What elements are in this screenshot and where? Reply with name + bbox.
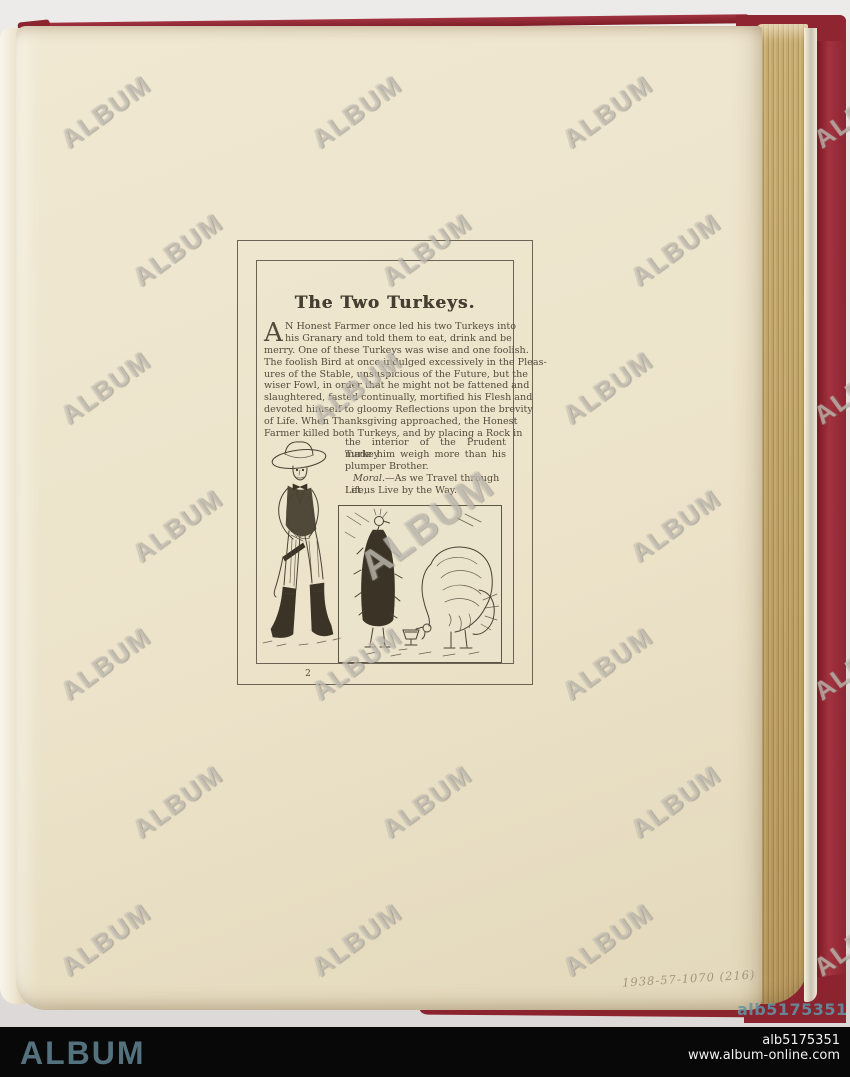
stock-photo-open-book: The Two Turkeys. A N Honest Farmer once …	[0, 0, 850, 1077]
fable-line: his Granary and told them to eat, drink …	[264, 333, 506, 345]
farmer-trousers	[284, 529, 323, 589]
page-edge-highlight	[804, 28, 817, 1002]
page-fore-edge-stack	[756, 24, 808, 1004]
page-number: 2	[296, 669, 320, 679]
fable-text-wrap-column: the interior of the Prudent Turkey made …	[345, 437, 506, 496]
farmer-hat	[271, 442, 327, 471]
album-logo: ALBUM	[20, 1027, 146, 1077]
book-cover-right-edge	[815, 17, 846, 1021]
fable-line: wiser Fowl, in order that he might not b…	[264, 380, 506, 392]
moral-line: Let us Live by the Way.	[345, 485, 506, 497]
fable-text: N Honest Farmer once led his two Turkeys…	[264, 321, 506, 440]
fable-line: merry. One of these Turkeys was wise and…	[264, 345, 506, 357]
fable-title: The Two Turkeys.	[256, 293, 514, 313]
plump-turkey	[416, 547, 499, 648]
image-id-overlay: alb5175351	[737, 1000, 848, 1019]
turkeys-drawing	[339, 506, 499, 660]
ground-hatching	[367, 649, 479, 656]
feed-cup	[403, 630, 419, 645]
fable-line: of Life. When Thanksgiving approached, t…	[264, 416, 506, 428]
fable-line: slaughtered, fasted continually, mortifi…	[264, 392, 506, 404]
background-hatching	[345, 513, 481, 538]
fable-line: devoted himself to gloomy Reflections up…	[264, 404, 506, 416]
fable-line: plumper Brother.	[345, 461, 506, 473]
fable-line: made him weigh more than his	[345, 449, 506, 461]
fable-line: N Honest Farmer once led his two Turkeys…	[264, 321, 506, 333]
farmer-boots	[271, 583, 333, 638]
footer-website: www.album-online.com	[688, 1048, 840, 1063]
fable-line: the interior of the Prudent Turkey	[345, 437, 506, 449]
footer-image-id: alb5175351	[688, 1033, 840, 1048]
ground-hatching	[263, 638, 341, 646]
moral-line: Moral.—As we Travel through Life,	[345, 473, 506, 485]
fable-line: The foolish Bird at once indulged excess…	[264, 357, 506, 369]
footer-bar: ALBUM alb5175351 www.album-online.com	[0, 1027, 850, 1077]
printed-fable-frame: The Two Turkeys. A N Honest Farmer once …	[237, 240, 533, 685]
footer-credits: alb5175351 www.album-online.com	[688, 1033, 840, 1063]
fable-line: ures of the Stable, unsuspicious of the …	[264, 369, 506, 381]
moral-label: Moral.	[353, 473, 385, 484]
skinny-turkey	[354, 509, 402, 647]
turkeys-illustration	[338, 505, 502, 663]
